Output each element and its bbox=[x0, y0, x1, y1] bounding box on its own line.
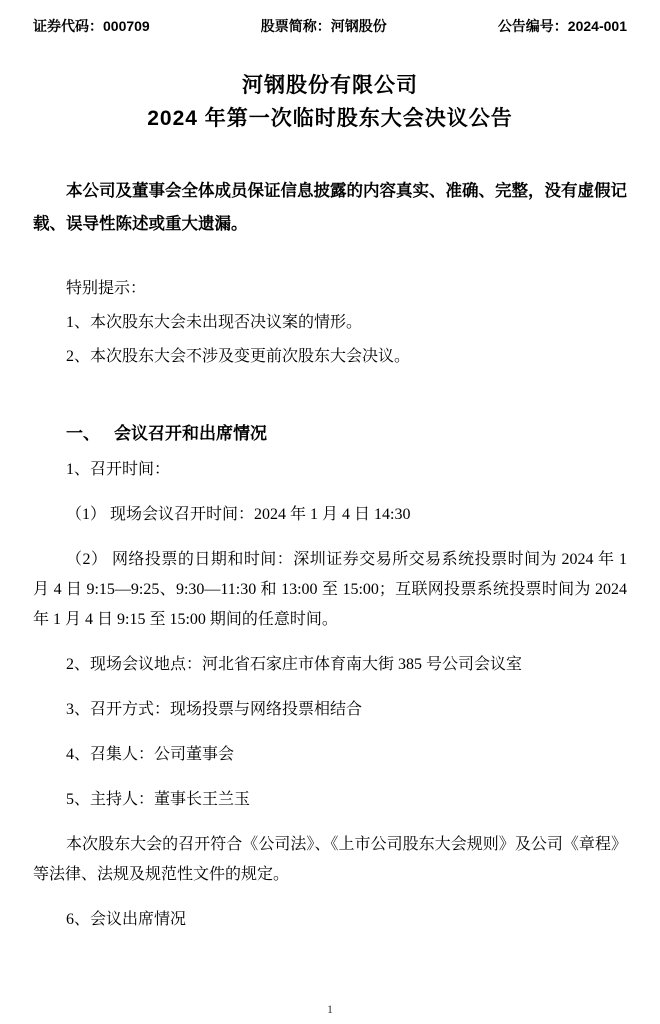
doc-header: 证券代码：000709 股票简称：河钢股份 公告编号：2024-001 bbox=[33, 16, 627, 36]
announcement-page: { "page": { "background": "#ffffff", "te… bbox=[0, 0, 660, 1024]
doc-title: 河钢股份有限公司 2024 年第一次临时股东大会决议公告 bbox=[33, 69, 627, 135]
item-meeting-location: 2、现场会议地点：河北省石家庄市体育南大街 385 号公司会议室 bbox=[33, 650, 627, 680]
section-1-body: 1、召开时间： （1） 现场会议召开时间：2024 年 1 月 4 日 14:3… bbox=[33, 455, 627, 935]
special-notice-heading: 特别提示： bbox=[33, 272, 627, 306]
special-notice: 特别提示： 1、本次股东大会未出现否决议案的情形。 2、本次股东大会不涉及变更前… bbox=[33, 272, 627, 374]
item-onsite-meeting-time: （1） 现场会议召开时间：2024 年 1 月 4 日 14:30 bbox=[33, 500, 627, 530]
section-1-number: 一、 bbox=[66, 424, 100, 443]
item-meeting-method: 3、召开方式：现场投票与网络投票相结合 bbox=[33, 695, 627, 725]
page-number: 1 bbox=[0, 1002, 660, 1016]
item-meeting-time: 1、召开时间： bbox=[33, 455, 627, 485]
special-notice-item-1: 1、本次股东大会未出现否决议案的情形。 bbox=[33, 306, 627, 340]
title-line-company: 河钢股份有限公司 bbox=[33, 69, 627, 102]
disclaimer-paragraph: 本公司及董事会全体成员保证信息披露的内容真实、准确、完整，没有虚假记载、误导性陈… bbox=[33, 175, 627, 241]
announcement-number: 公告编号：2024-001 bbox=[498, 16, 627, 36]
security-code: 证券代码：000709 bbox=[33, 16, 150, 36]
item-chairperson: 5、主持人：董事长王兰玉 bbox=[33, 785, 627, 815]
title-line-meeting: 2024 年第一次临时股东大会决议公告 bbox=[33, 102, 627, 135]
item-attendance-heading: 6、会议出席情况 bbox=[33, 905, 627, 935]
special-notice-item-2: 2、本次股东大会不涉及变更前次股东大会决议。 bbox=[33, 340, 627, 374]
section-1-heading: 一、会议召开和出席情况 bbox=[33, 419, 627, 449]
legality-statement: 本次股东大会的召开符合《公司法》、《上市公司股东大会规则》及公司《章程》等法律、… bbox=[33, 830, 627, 890]
item-convener: 4、召集人：公司董事会 bbox=[33, 740, 627, 770]
item-network-voting-time: （2） 网络投票的日期和时间：深圳证券交易所交易系统投票时间为 2024 年 1… bbox=[33, 545, 627, 635]
section-1-title: 会议召开和出席情况 bbox=[114, 424, 267, 443]
stock-abbr: 股票简称：河钢股份 bbox=[261, 16, 387, 36]
